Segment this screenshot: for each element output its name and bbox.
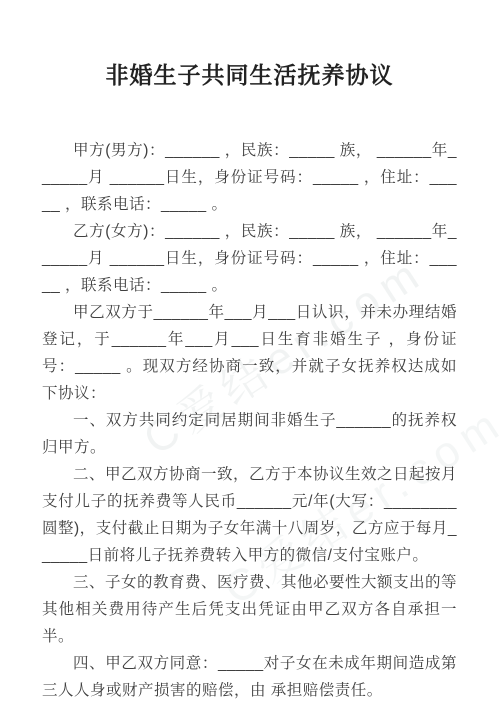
clause-2-support-payment: 二、甲乙双方协商一致，乙方于本协议生效之日起按月支付儿子的抚养费等人民币____…	[42, 461, 457, 569]
clause-3-shared-expenses: 三、子女的教育费、医疗费、其他必要性大额支出的等其他相关费用待产生后凭支出凭证由…	[42, 569, 457, 650]
document-content: 非婚生子共同生活抚养协议 甲方(男方)：______ ，民族：_____ 族， …	[42, 58, 457, 704]
clause-1-custody: 一、双方共同约定同居期间非婚生子______的抚养权归甲方。	[42, 407, 457, 461]
clause-4-liability: 四、甲乙双方同意：_____对子女在未成年期间造成第三人人身或财产损害的赔偿，由…	[42, 650, 457, 704]
preamble: 甲乙双方于______年___月___日认识，并未办理结婚登记，于______年…	[42, 299, 457, 407]
party-b-info: 乙方(女方)：______ ，民族：_____ 族， ______年______…	[42, 218, 457, 299]
document-page: C爱结er.com C爱结er.com 非婚生子共同生活抚养协议 甲方(男方)：…	[0, 0, 501, 710]
party-a-info: 甲方(男方)：______ ，民族：_____ 族， ______年______…	[42, 137, 457, 218]
document-title: 非婚生子共同生活抚养协议	[42, 58, 457, 92]
